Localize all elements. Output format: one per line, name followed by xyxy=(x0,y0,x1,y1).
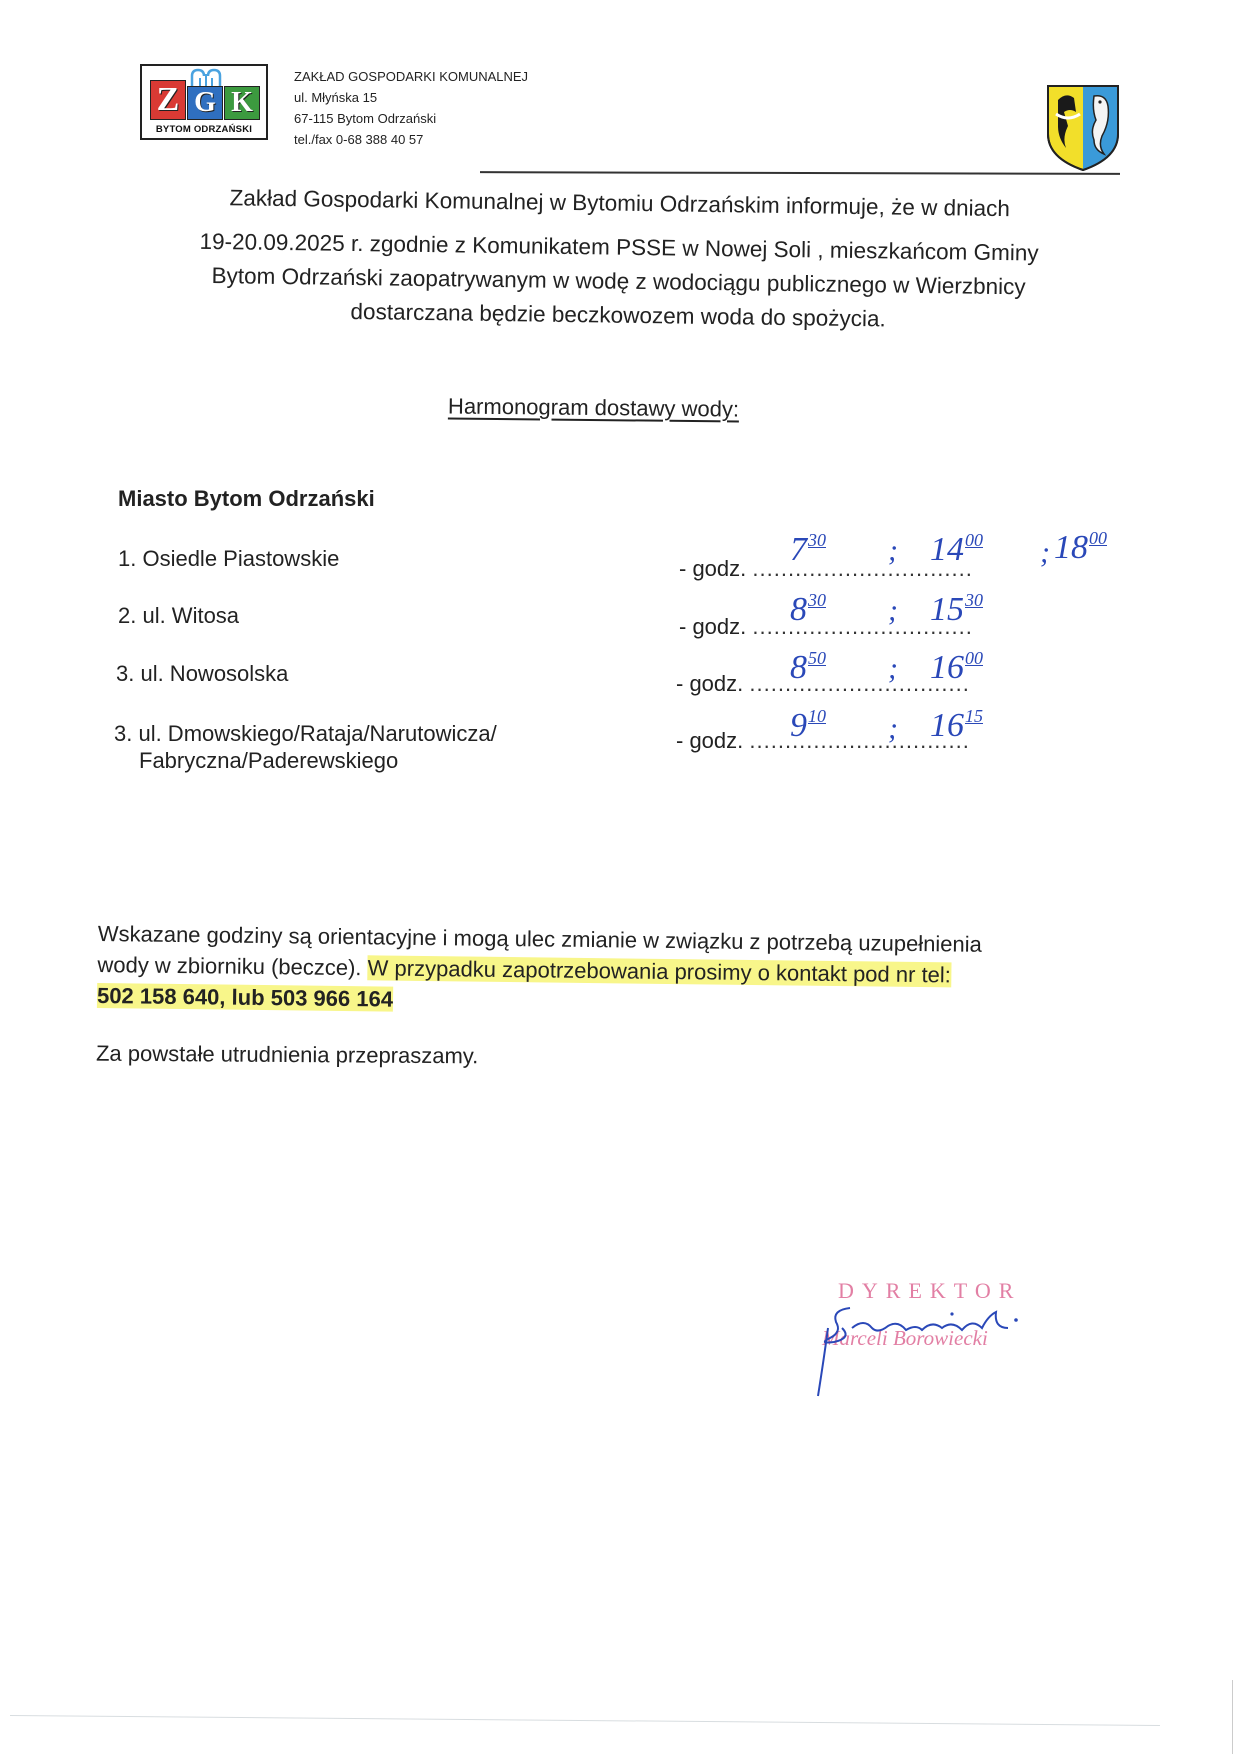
scan-edge-line xyxy=(1232,1680,1233,1754)
organization-phone: tel./fax 0-68 388 40 57 xyxy=(294,129,528,150)
location-2: 2. ul. Witosa xyxy=(118,602,239,629)
handwritten-separator: ; xyxy=(888,652,898,686)
organization-address: ZAKŁAD GOSPODARKI KOMUNALNEJ ul. Młyńska… xyxy=(294,66,528,150)
scan-edge-line xyxy=(10,1715,1160,1726)
handwritten-time: 830 xyxy=(790,590,826,629)
logo-letter-g: G xyxy=(187,86,223,120)
location-1: 1. Osiedle Piastowskie xyxy=(118,545,339,572)
intro-line-1: Zakład Gospodarki Komunalnej w Bytomiu O… xyxy=(140,180,1100,227)
godz-label: - godz. xyxy=(679,614,746,639)
handwritten-time: 1530 xyxy=(930,590,983,629)
coat-of-arms-icon xyxy=(1044,82,1122,172)
fountain-icon xyxy=(186,68,226,86)
header-divider xyxy=(480,171,1120,175)
organization-city: 67-115 Bytom Odrzański xyxy=(294,108,528,129)
logo-caption: BYTOM ODRZAŃSKI xyxy=(142,124,266,135)
logo-letter-k: K xyxy=(224,86,260,120)
schedule-title: Harmonogram dostawy wody: xyxy=(448,393,739,422)
handwritten-separator: ; xyxy=(888,712,898,746)
schedule-city: Miasto Bytom Odrzański xyxy=(118,486,375,512)
handwritten-time: 1615 xyxy=(930,706,983,745)
godz-label: - godz. xyxy=(679,556,746,581)
contact-phones: 502 158 640, lub 503 966 164 xyxy=(97,983,393,1012)
organization-street: ul. Młyńska 15 xyxy=(294,87,528,108)
handwritten-time: 910 xyxy=(790,706,826,745)
handwritten-time: 850 xyxy=(790,648,826,687)
handwritten-time: 730 xyxy=(790,530,826,569)
handwritten-separator: ; xyxy=(1040,536,1050,570)
handwritten-separator: ; xyxy=(888,534,898,568)
handwritten-signature-icon xyxy=(812,1298,1042,1398)
location-3: 3. ul. Nowosolska xyxy=(116,660,288,687)
organization-name: ZAKŁAD GOSPODARKI KOMUNALNEJ xyxy=(294,66,528,87)
location-4-line-2: Fabryczna/Paderewskiego xyxy=(114,747,497,774)
location-4: 3. ul. Dmowskiego/Rataja/Narutowicza/ Fa… xyxy=(114,720,497,774)
handwritten-separator: ; xyxy=(888,594,898,628)
godz-label: - godz. xyxy=(676,728,743,753)
handwritten-time: 1800 xyxy=(1054,528,1107,567)
location-4-line-1: 3. ul. Dmowskiego/Rataja/Narutowicza/ xyxy=(114,720,497,747)
notice-paragraph: Wskazane godziny są orientacyjne i mogą … xyxy=(97,918,1108,1023)
logo-letter-z: Z xyxy=(150,80,186,120)
intro-paragraph: Zakład Gospodarki Komunalnej w Bytomiu O… xyxy=(138,180,1100,339)
apology-text: Za powstałe utrudnienia przepraszamy. xyxy=(96,1041,479,1070)
godz-label: - godz. xyxy=(676,671,743,696)
handwritten-time: 1600 xyxy=(930,648,983,687)
zgk-logo: Z G K BYTOM ODRZAŃSKI xyxy=(140,64,268,140)
handwritten-time: 1400 xyxy=(930,530,983,569)
highlighted-contact-text: W przypadku zapotrzebowania prosimy o ko… xyxy=(367,955,951,987)
